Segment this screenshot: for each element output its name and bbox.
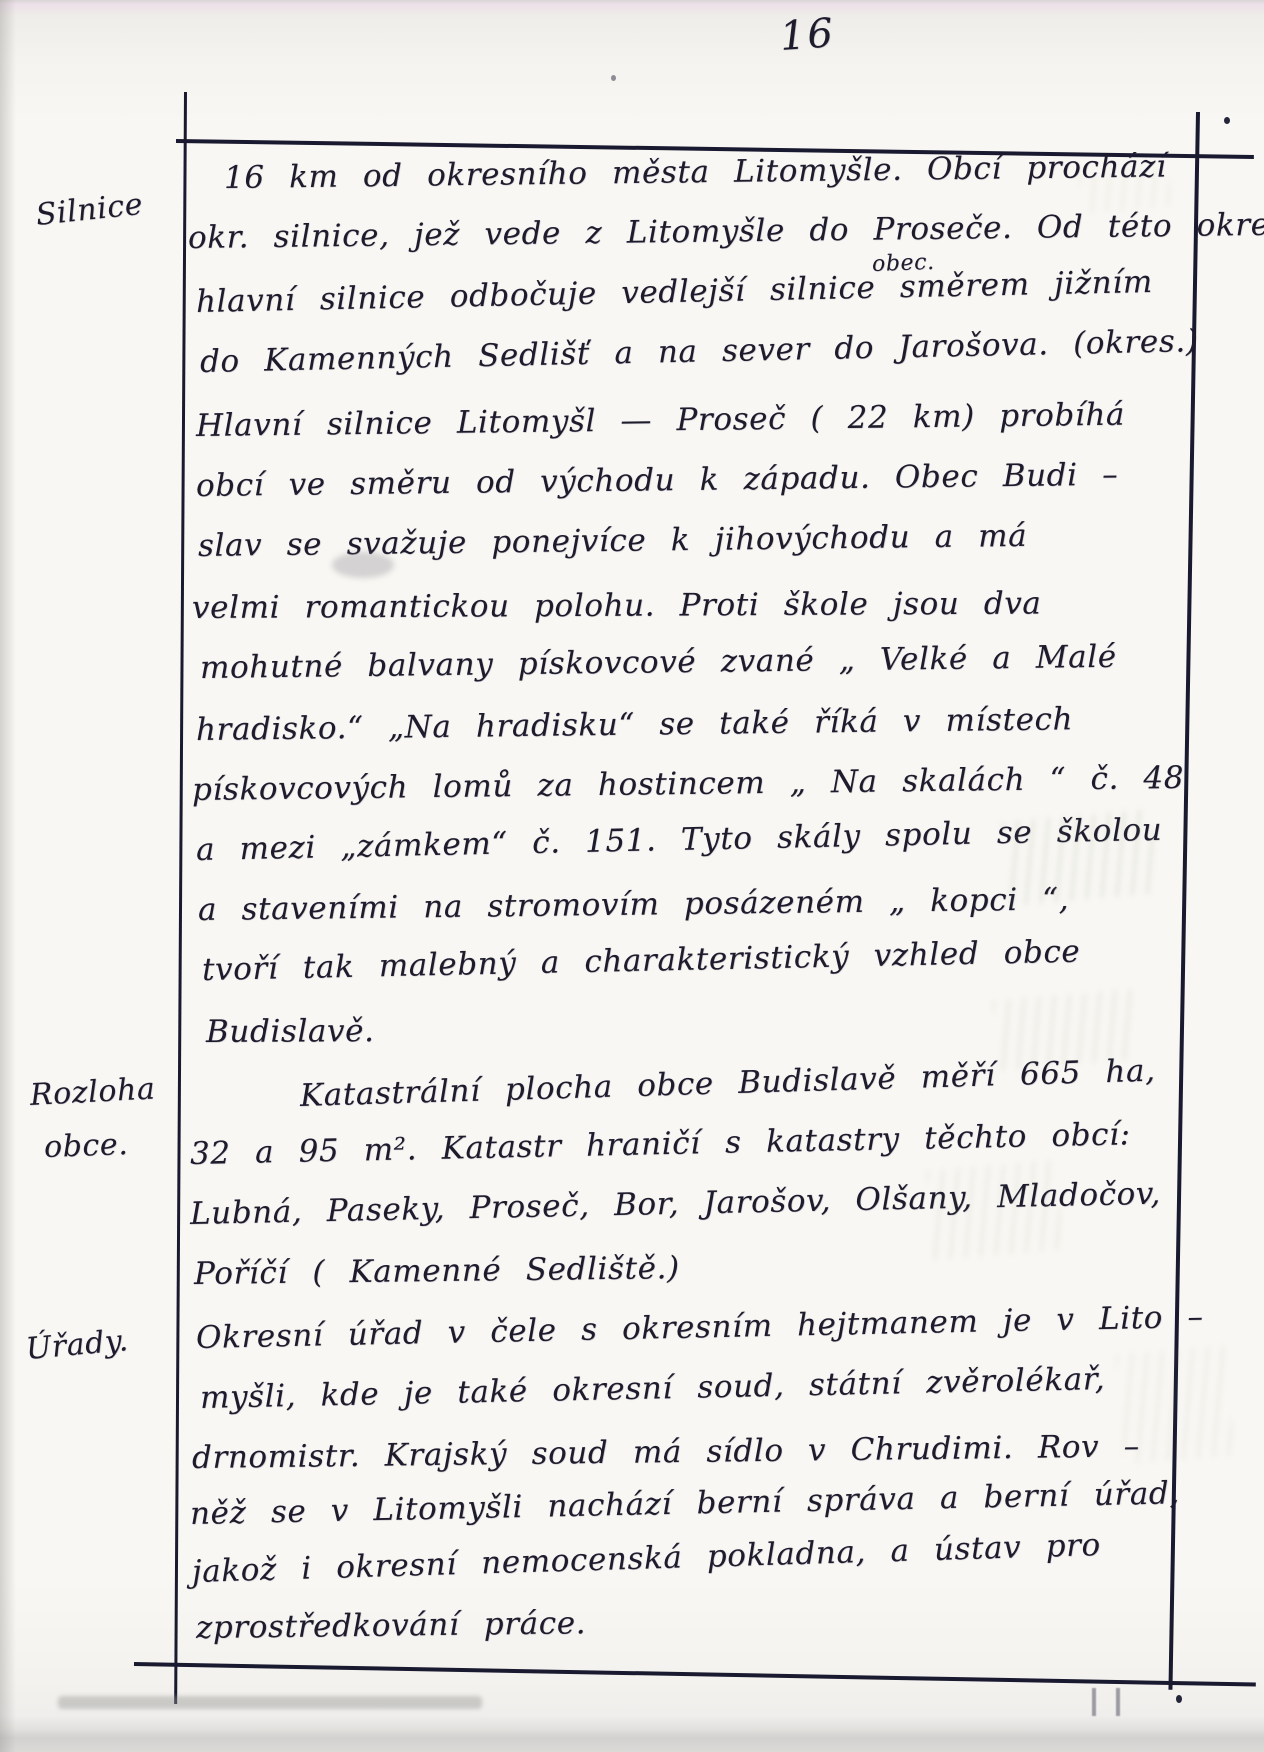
text-line: Poříčí ( Kamenné Sedliště.) xyxy=(194,1250,680,1292)
bleed-through-mark xyxy=(926,1160,1063,1261)
text-line: Budislavě. xyxy=(206,1013,375,1050)
ink-smudge xyxy=(332,552,394,578)
scan-edge-shadow xyxy=(0,0,16,1752)
ink-dot xyxy=(1176,1695,1182,1703)
margin-label-silnice: Silnice xyxy=(34,187,144,233)
bleed-through-mark xyxy=(1115,1345,1234,1464)
text-line: do Kamenných Sedlišť a na sever do Jaroš… xyxy=(200,323,1199,380)
left-margin-rule xyxy=(174,92,187,1704)
stray-mark xyxy=(1092,1688,1096,1716)
ink-speck xyxy=(611,75,616,81)
scan-smudge xyxy=(58,1696,482,1709)
chronicle-scan-page: 16 Silnice Rozloha obce. Úřady. obec. 16… xyxy=(0,0,1264,1752)
bleed-through-mark xyxy=(992,989,1138,1071)
text-line: Hlavní silnice Litomyšl — Proseč ( 22 km… xyxy=(196,397,1125,444)
text-line: hlavní silnice odbočuje vedlejší silnice… xyxy=(196,264,1154,320)
text-line: zprostředkování práce. xyxy=(196,1605,587,1646)
text-line: 32 a 95 m². Katastr hraničí s katastry t… xyxy=(190,1116,1131,1172)
text-line: velmi romantickou polohu. Proti škole js… xyxy=(192,586,1042,626)
text-line: mohutné balvany pískovcové zvané „ Velké… xyxy=(200,639,1117,686)
margin-label-urady: Úřady. xyxy=(24,1323,129,1367)
text-line: myšli, kde je také okresní soud, státní … xyxy=(200,1361,1106,1416)
bleed-through-mark xyxy=(1002,809,1159,907)
text-line: pískovcových lomů za hostincem „ Na skal… xyxy=(192,760,1184,808)
text-line: něž se v Litomyšli nachází berní správa … xyxy=(190,1475,1180,1532)
stray-mark xyxy=(1116,1688,1120,1716)
text-line: 16 km od okresního města Litomyšle. Obcí… xyxy=(224,148,1167,196)
text-line: slav se svažuje ponejvíce k jihovýchodu … xyxy=(198,518,1028,564)
text-line: obcí ve směru od východu k západu. Obec … xyxy=(196,457,1119,504)
bleed-through-mark xyxy=(1078,166,1171,214)
margin-label-rozloha: Rozloha xyxy=(29,1071,156,1113)
text-line: jakož i okresní nemocenská pokladna, a ú… xyxy=(191,1527,1101,1590)
page-number: 16 xyxy=(778,10,836,60)
text-line: hradisko.“ „Na hradisku“ se také říká v … xyxy=(196,701,1073,748)
text-line: okr. silnice, jež vede z Litomyšle do Pr… xyxy=(188,206,1264,256)
text-line: Okresní úřad v čele s okresním hejtmanem… xyxy=(196,1299,1204,1356)
ink-dot xyxy=(1224,117,1230,124)
text-line: a staveními na stromovím posázeném „ kop… xyxy=(198,881,1070,928)
margin-label-obce: obce. xyxy=(43,1127,129,1165)
text-line: tvoří tak malebný a charakteristický vzh… xyxy=(202,934,1081,988)
text-line: drnomistr. Krajský soud má sídlo v Chrud… xyxy=(192,1428,1140,1476)
bottom-rule xyxy=(134,1662,1256,1686)
